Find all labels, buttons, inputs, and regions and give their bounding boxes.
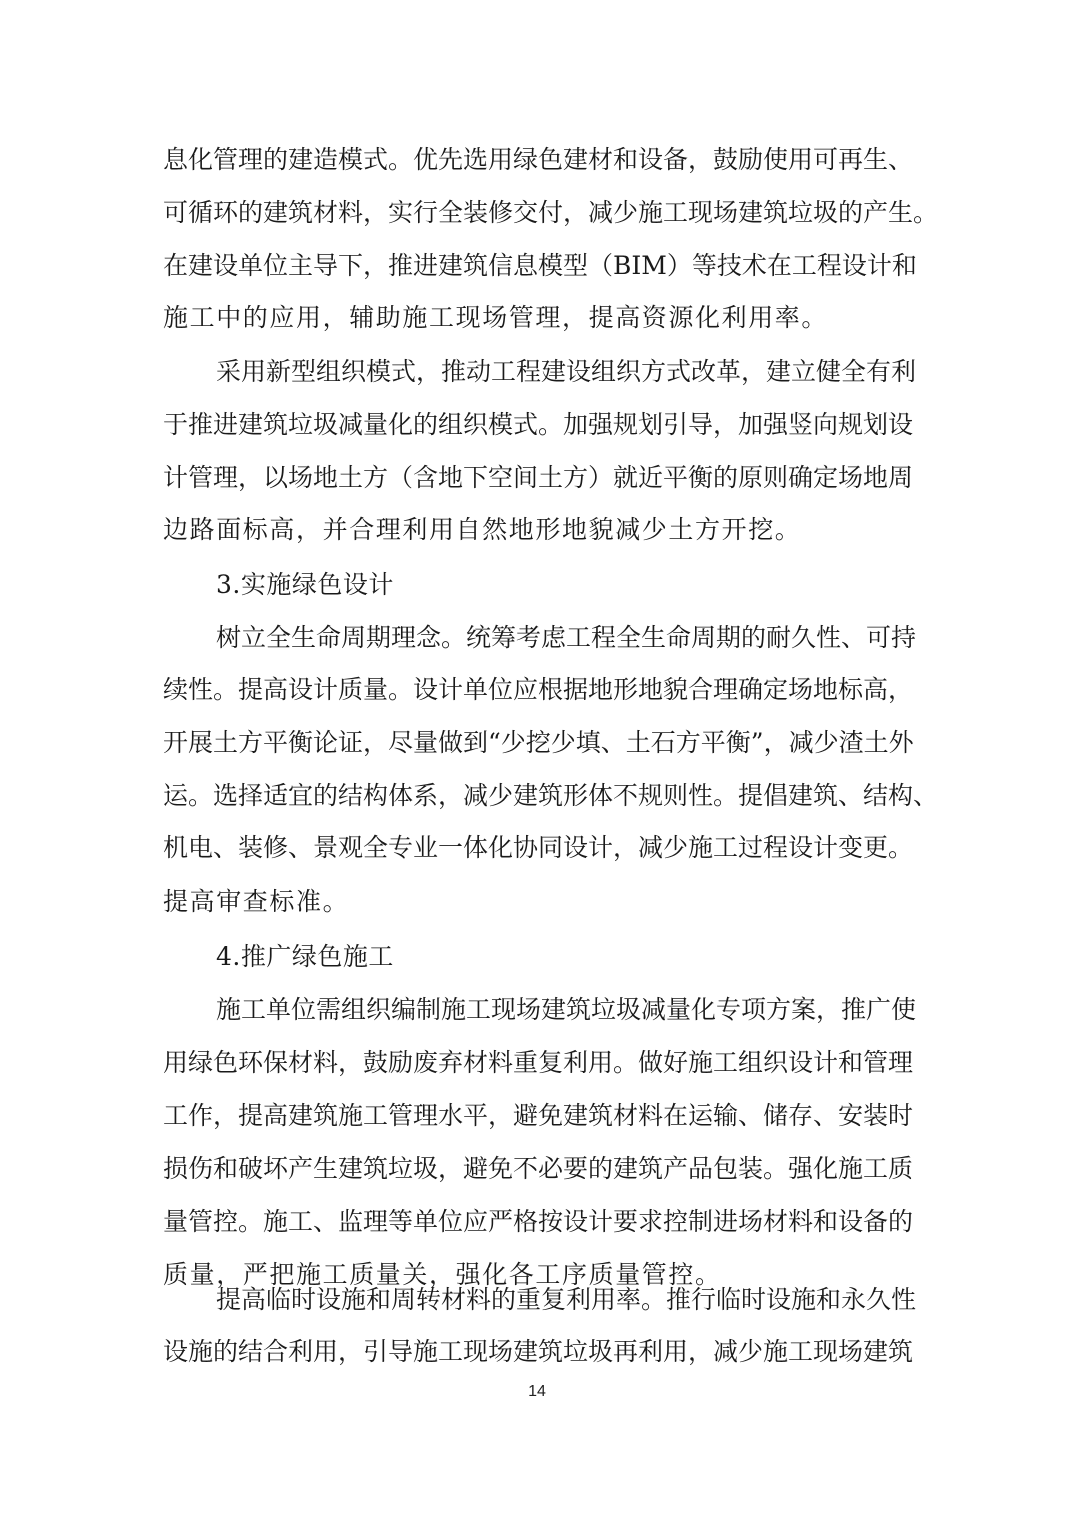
text-line: 工作，提高建筑施工管理水平，避免建筑材料在运输、储存、安装时 — [163, 1096, 913, 1136]
text-line: 用绿色环保材料，鼓励废弃材料重复利用。做好施工组织设计和管理 — [163, 1043, 913, 1083]
text-line: 开展土方平衡论证，尽量做到“少挖少填、土石方平衡”，减少渣土外 — [163, 723, 913, 763]
section-heading: 3.实施绿色设计 — [216, 565, 394, 605]
text-line: 树立全生命周期理念。统筹考虑工程全生命周期的耐久性、可持 — [216, 618, 913, 658]
text-line: 运。选择适宜的结构体系，减少建筑形体不规则性。提倡建筑、结构、 — [163, 776, 913, 816]
page-number: 14 — [0, 1383, 1074, 1401]
text-line: 于推进建筑垃圾减量化的组织模式。加强规划引导，加强竖向规划设 — [163, 405, 913, 445]
text-line: 提高临时设施和周转材料的重复利用率。推行临时设施和永久性 — [216, 1280, 913, 1320]
text-line: 损伤和破坏产生建筑垃圾，避免不必要的建筑产品包装。强化施工质 — [163, 1149, 913, 1189]
text-line: 采用新型组织模式，推动工程建设组织方式改革，建立健全有利 — [216, 352, 913, 392]
section-heading: 4.推广绿色施工 — [216, 937, 394, 977]
text-line: 施工中的应用，辅助施工现场管理，提高资源化利用率。 — [163, 298, 913, 338]
document-page: 息化管理的建造模式。优先选用绿色建材和设备，鼓励使用可再生、 可循环的建筑材料，… — [0, 0, 1074, 1520]
text-line: 可循环的建筑材料，实行全装修交付，减少施工现场建筑垃圾的产生。 — [163, 193, 913, 233]
text-line: 设施的结合利用，引导施工现场建筑垃圾再利用，减少施工现场建筑 — [163, 1332, 913, 1372]
text-line: 计管理，以场地土方（含地下空间土方）就近平衡的原则确定场地周 — [163, 458, 913, 498]
text-line: 量管控。施工、监理等单位应严格按设计要求控制进场材料和设备的 — [163, 1202, 913, 1242]
text-line: 在建设单位主导下，推进建筑信息模型（BIM）等技术在工程设计和 — [163, 246, 913, 286]
text-line: 提高审查标准。 — [163, 882, 913, 922]
text-line: 续性。提高设计质量。设计单位应根据地形地貌合理确定场地标高， — [163, 670, 913, 710]
text-line: 边路面标高，并合理利用自然地形地貌减少土方开挖。 — [163, 510, 913, 550]
text-line: 机电、装修、景观全专业一体化协同设计，减少施工过程设计变更。 — [163, 828, 913, 868]
text-line: 施工单位需组织编制施工现场建筑垃圾减量化专项方案，推广使 — [216, 990, 913, 1030]
text-line: 息化管理的建造模式。优先选用绿色建材和设备，鼓励使用可再生、 — [163, 140, 913, 180]
